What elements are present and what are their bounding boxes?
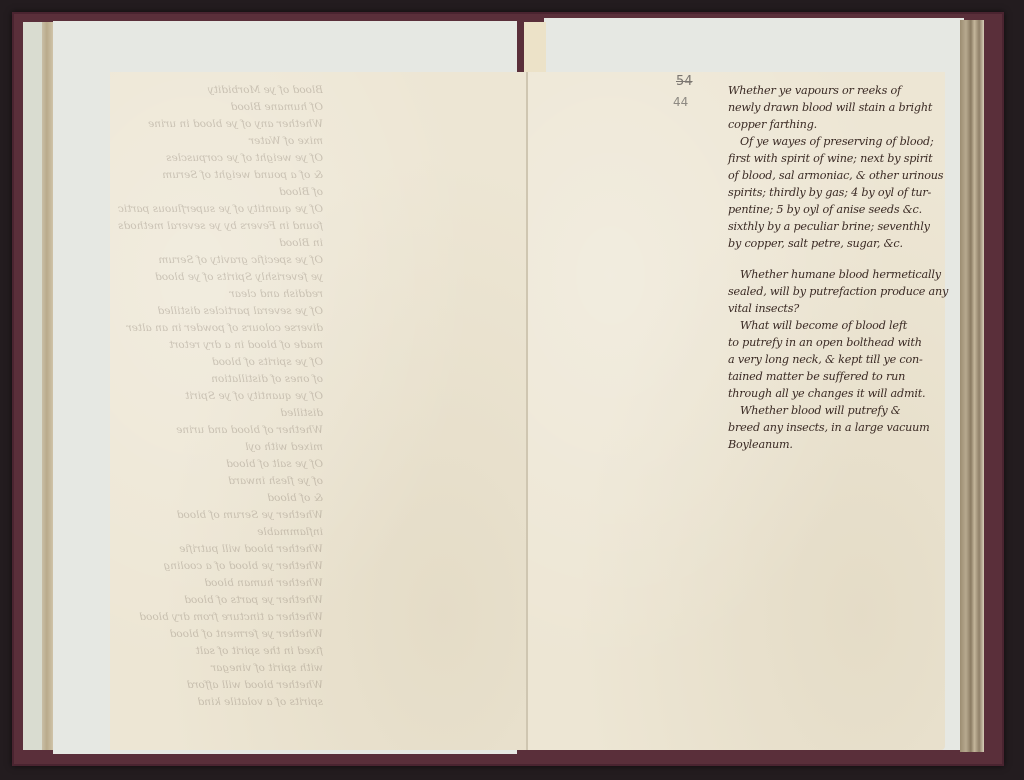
show-through-line: & of a pound weight of Serum	[118, 167, 323, 184]
show-through-line: ye feverishly Spirits of ye blood	[118, 269, 323, 286]
manuscript-line: copper farthing.	[728, 116, 940, 133]
manuscript-line: vital insects?	[728, 300, 940, 317]
show-through-line: of ones of distillation	[118, 371, 323, 388]
show-through-line: Whether of blood and urine	[118, 422, 323, 439]
show-through-line: Of ye spirits of blood	[118, 354, 323, 371]
show-through-line: with spirit of vinegar	[118, 660, 323, 677]
manuscript-line: sixthly by a peculiar brine; seventhly	[728, 218, 940, 235]
manuscript-line: pentine; 5 by oyl of anise seeds &c.	[728, 201, 940, 218]
manuscript-line: of blood, sal armoniac, & other urinous	[728, 167, 940, 184]
show-through-line: mixe of Water	[118, 133, 323, 150]
show-through-line: Whether a tincture from dry blood	[118, 609, 323, 626]
manuscript-paragraph: Of ye wayes of preserving of blood;first…	[728, 133, 940, 252]
show-through-line: Of ye weight of ye corpuscles	[118, 150, 323, 167]
show-through-line: spirits of a volatile kind	[118, 694, 323, 711]
show-through-line: Of ye salt of blood	[118, 456, 323, 473]
manuscript-line: first with spirit of wine; next by spiri…	[728, 150, 940, 167]
manuscript-line: Whether ye vapours or reeks of	[728, 82, 940, 99]
show-through-line: of Blood	[118, 184, 323, 201]
show-through-line: distilled	[118, 405, 323, 422]
show-through-line: & of blood	[118, 490, 323, 507]
manuscript-line: to putrefy in an open bolthead with	[728, 334, 940, 351]
manuscript-line: through all ye changes it will admit.	[728, 385, 940, 402]
folio-number: 44	[673, 95, 688, 109]
manuscript-line: sealed, will by putrefaction produce any	[728, 283, 940, 300]
show-through-line: found in Fevers by ye several methods	[118, 218, 323, 235]
show-through-line: Whether ye parts of blood	[118, 592, 323, 609]
page-edges-right	[960, 20, 984, 752]
show-through-line: reddish and clear	[118, 286, 323, 303]
show-through-line: made of blood in a dry retort	[118, 337, 323, 354]
show-through-line: Whether human blood	[118, 575, 323, 592]
show-through-line: Of ye specific gravity of Serum	[118, 252, 323, 269]
manuscript-line: Whether humane blood hermetically	[728, 266, 940, 283]
manuscript-text: Whether ye vapours or reeks ofnewly draw…	[728, 82, 940, 453]
show-through-line: Of humane Blood	[118, 99, 323, 116]
gutter-fold	[526, 72, 528, 750]
show-through-line: Whether blood will afford	[118, 677, 323, 694]
show-through-line: Whether ye ferment of blood	[118, 626, 323, 643]
manuscript-paragraph: Whether ye vapours or reeks ofnewly draw…	[728, 82, 940, 133]
show-through-line: in Blood	[118, 235, 323, 252]
folio-number-struck: 54	[676, 74, 693, 89]
show-through-text: Blood of ye MorbidityOf humane BloodWhet…	[118, 82, 323, 711]
show-through-line: Of ye quantity of ye Spirit	[118, 388, 323, 405]
manuscript-line: newly drawn blood will stain a bright	[728, 99, 940, 116]
guard-tab	[524, 22, 546, 78]
show-through-line: Whether any of ye blood in urine	[118, 116, 323, 133]
manuscript-line: Whether blood will putrefy &	[728, 402, 940, 419]
show-through-line: of ye flesh inward	[118, 473, 323, 490]
show-through-line: diverse colours of powder in an alter	[118, 320, 323, 337]
show-through-line: inflammable	[118, 524, 323, 541]
paragraph-gap	[728, 252, 940, 266]
show-through-line: Whether ye blood of a cooling	[118, 558, 323, 575]
show-through-line: Whether ye Serum of blood	[118, 507, 323, 524]
show-through-line: Of ye quantity of ye superfluous particl…	[118, 201, 323, 218]
manuscript-paragraph: Whether blood will putrefy &breed any in…	[728, 402, 940, 453]
show-through-line: Whether blood will putrifie	[118, 541, 323, 558]
show-through-line: Blood of ye Morbidity	[118, 82, 323, 99]
show-through-line: Of ye several particles distilled	[118, 303, 323, 320]
manuscript-line: spirits; thirdly by gas; 4 by oyl of tur…	[728, 184, 940, 201]
manuscript-line: tained matter be suffered to run	[728, 368, 940, 385]
manuscript-line: by copper, salt petre, sugar, &c.	[728, 235, 940, 252]
manuscript-paragraph: Whether humane blood hermeticallysealed,…	[728, 266, 940, 317]
show-through-line: mixed with oyl	[118, 439, 323, 456]
show-through-line: fixed in the spirit of salt	[118, 643, 323, 660]
manuscript-line: breed any insects, in a large vacuum	[728, 419, 940, 436]
manuscript-line: What will become of blood left	[728, 317, 940, 334]
manuscript-line: Boyleanum.	[728, 436, 940, 453]
manuscript-paragraph: What will become of blood leftto putrefy…	[728, 317, 940, 402]
manuscript-line: Of ye wayes of preserving of blood;	[728, 133, 940, 150]
manuscript-line: a very long neck, & kept till ye con-	[728, 351, 940, 368]
